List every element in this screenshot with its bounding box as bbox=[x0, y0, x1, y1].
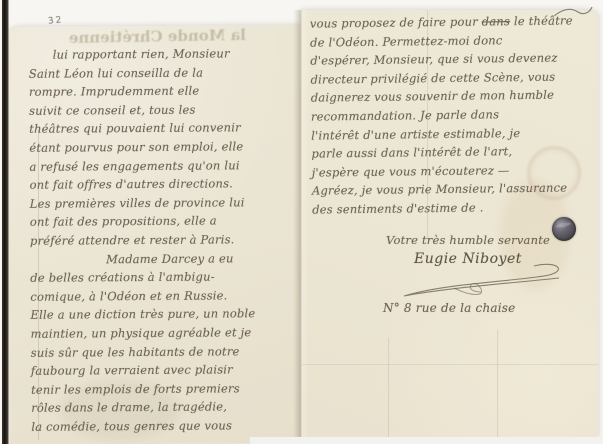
fold-crease-vertical bbox=[497, 330, 499, 438]
letter-line: ont fait des propositions, elle a bbox=[30, 212, 255, 232]
fold-crease-vertical bbox=[388, 338, 390, 438]
pencil-mark: 32 bbox=[48, 15, 64, 27]
letter-line: la comédie, tous genres que vous bbox=[31, 416, 256, 436]
letter-line: daignerez vous souvenir de mon humble bbox=[311, 86, 574, 108]
letter-line: tenir les emplois de forts premiers bbox=[31, 379, 256, 399]
letter-line: rôles dans le drame, la tragédie, bbox=[31, 397, 256, 417]
center-fold-crease bbox=[293, 10, 309, 444]
letter-line: ont fait offres d'autres directions. bbox=[30, 174, 255, 194]
letter-line: lui rapportant rien, Monsieur bbox=[29, 44, 254, 64]
letter-line: comique, à l'Odéon et en Russie. bbox=[30, 286, 255, 306]
letter-line: préféré attendre et rester à Paris. bbox=[30, 230, 255, 250]
letter-line: Elle a une diction très pure, un noble bbox=[30, 305, 255, 325]
left-page-text: lui rapportant rien, Monsieur Saint Léon… bbox=[29, 44, 257, 436]
embossed-stamp-impression bbox=[527, 146, 581, 200]
letter-line: suivit ce conseil et, tous les bbox=[29, 100, 254, 120]
letter-line: faubourg la verraient avec plaisir bbox=[31, 360, 256, 380]
letter-line: Saint Léon lui conseilla de la bbox=[29, 63, 254, 83]
letter-line: des sentiments d'estime de . bbox=[312, 197, 575, 219]
letter-line: théâtres qui pouvaient lui convenir bbox=[29, 119, 254, 139]
letter-line: Madame Darcey a eu bbox=[30, 249, 255, 269]
letter-line: vous proposez de faire pour dans le théâ… bbox=[310, 11, 573, 33]
corner-flourish-mark bbox=[552, 4, 594, 20]
fold-crease-horizontal bbox=[302, 364, 598, 366]
letter-line: étant pourvus pour son emploi, elle bbox=[29, 137, 254, 157]
scanned-letter: la Monde Chrétienne 32 lui rapportant ri… bbox=[0, 0, 603, 444]
struck-out-word: dans bbox=[482, 14, 510, 28]
letter-line: Les premières villes de province lui bbox=[30, 193, 255, 213]
scan-edge-shadow bbox=[2, 0, 9, 444]
postal-seal bbox=[552, 217, 576, 241]
letter-closing: Votre très humble servante bbox=[386, 231, 550, 250]
letter-line: maintien, un physique agréable et je bbox=[31, 323, 256, 343]
letter-line: de belles créations à l'ambigu- bbox=[30, 267, 255, 287]
letter-line: suis sûr que les habitants de notre bbox=[31, 342, 256, 362]
scanner-bed-strip bbox=[250, 437, 603, 444]
letter-line: rompre. Imprudemment elle bbox=[29, 81, 254, 101]
signature-flourish bbox=[384, 258, 574, 306]
letter-line-fragment: vous proposez de faire pour bbox=[310, 15, 482, 31]
letter-line: a refusé les engagements qu'on lui bbox=[29, 156, 254, 176]
